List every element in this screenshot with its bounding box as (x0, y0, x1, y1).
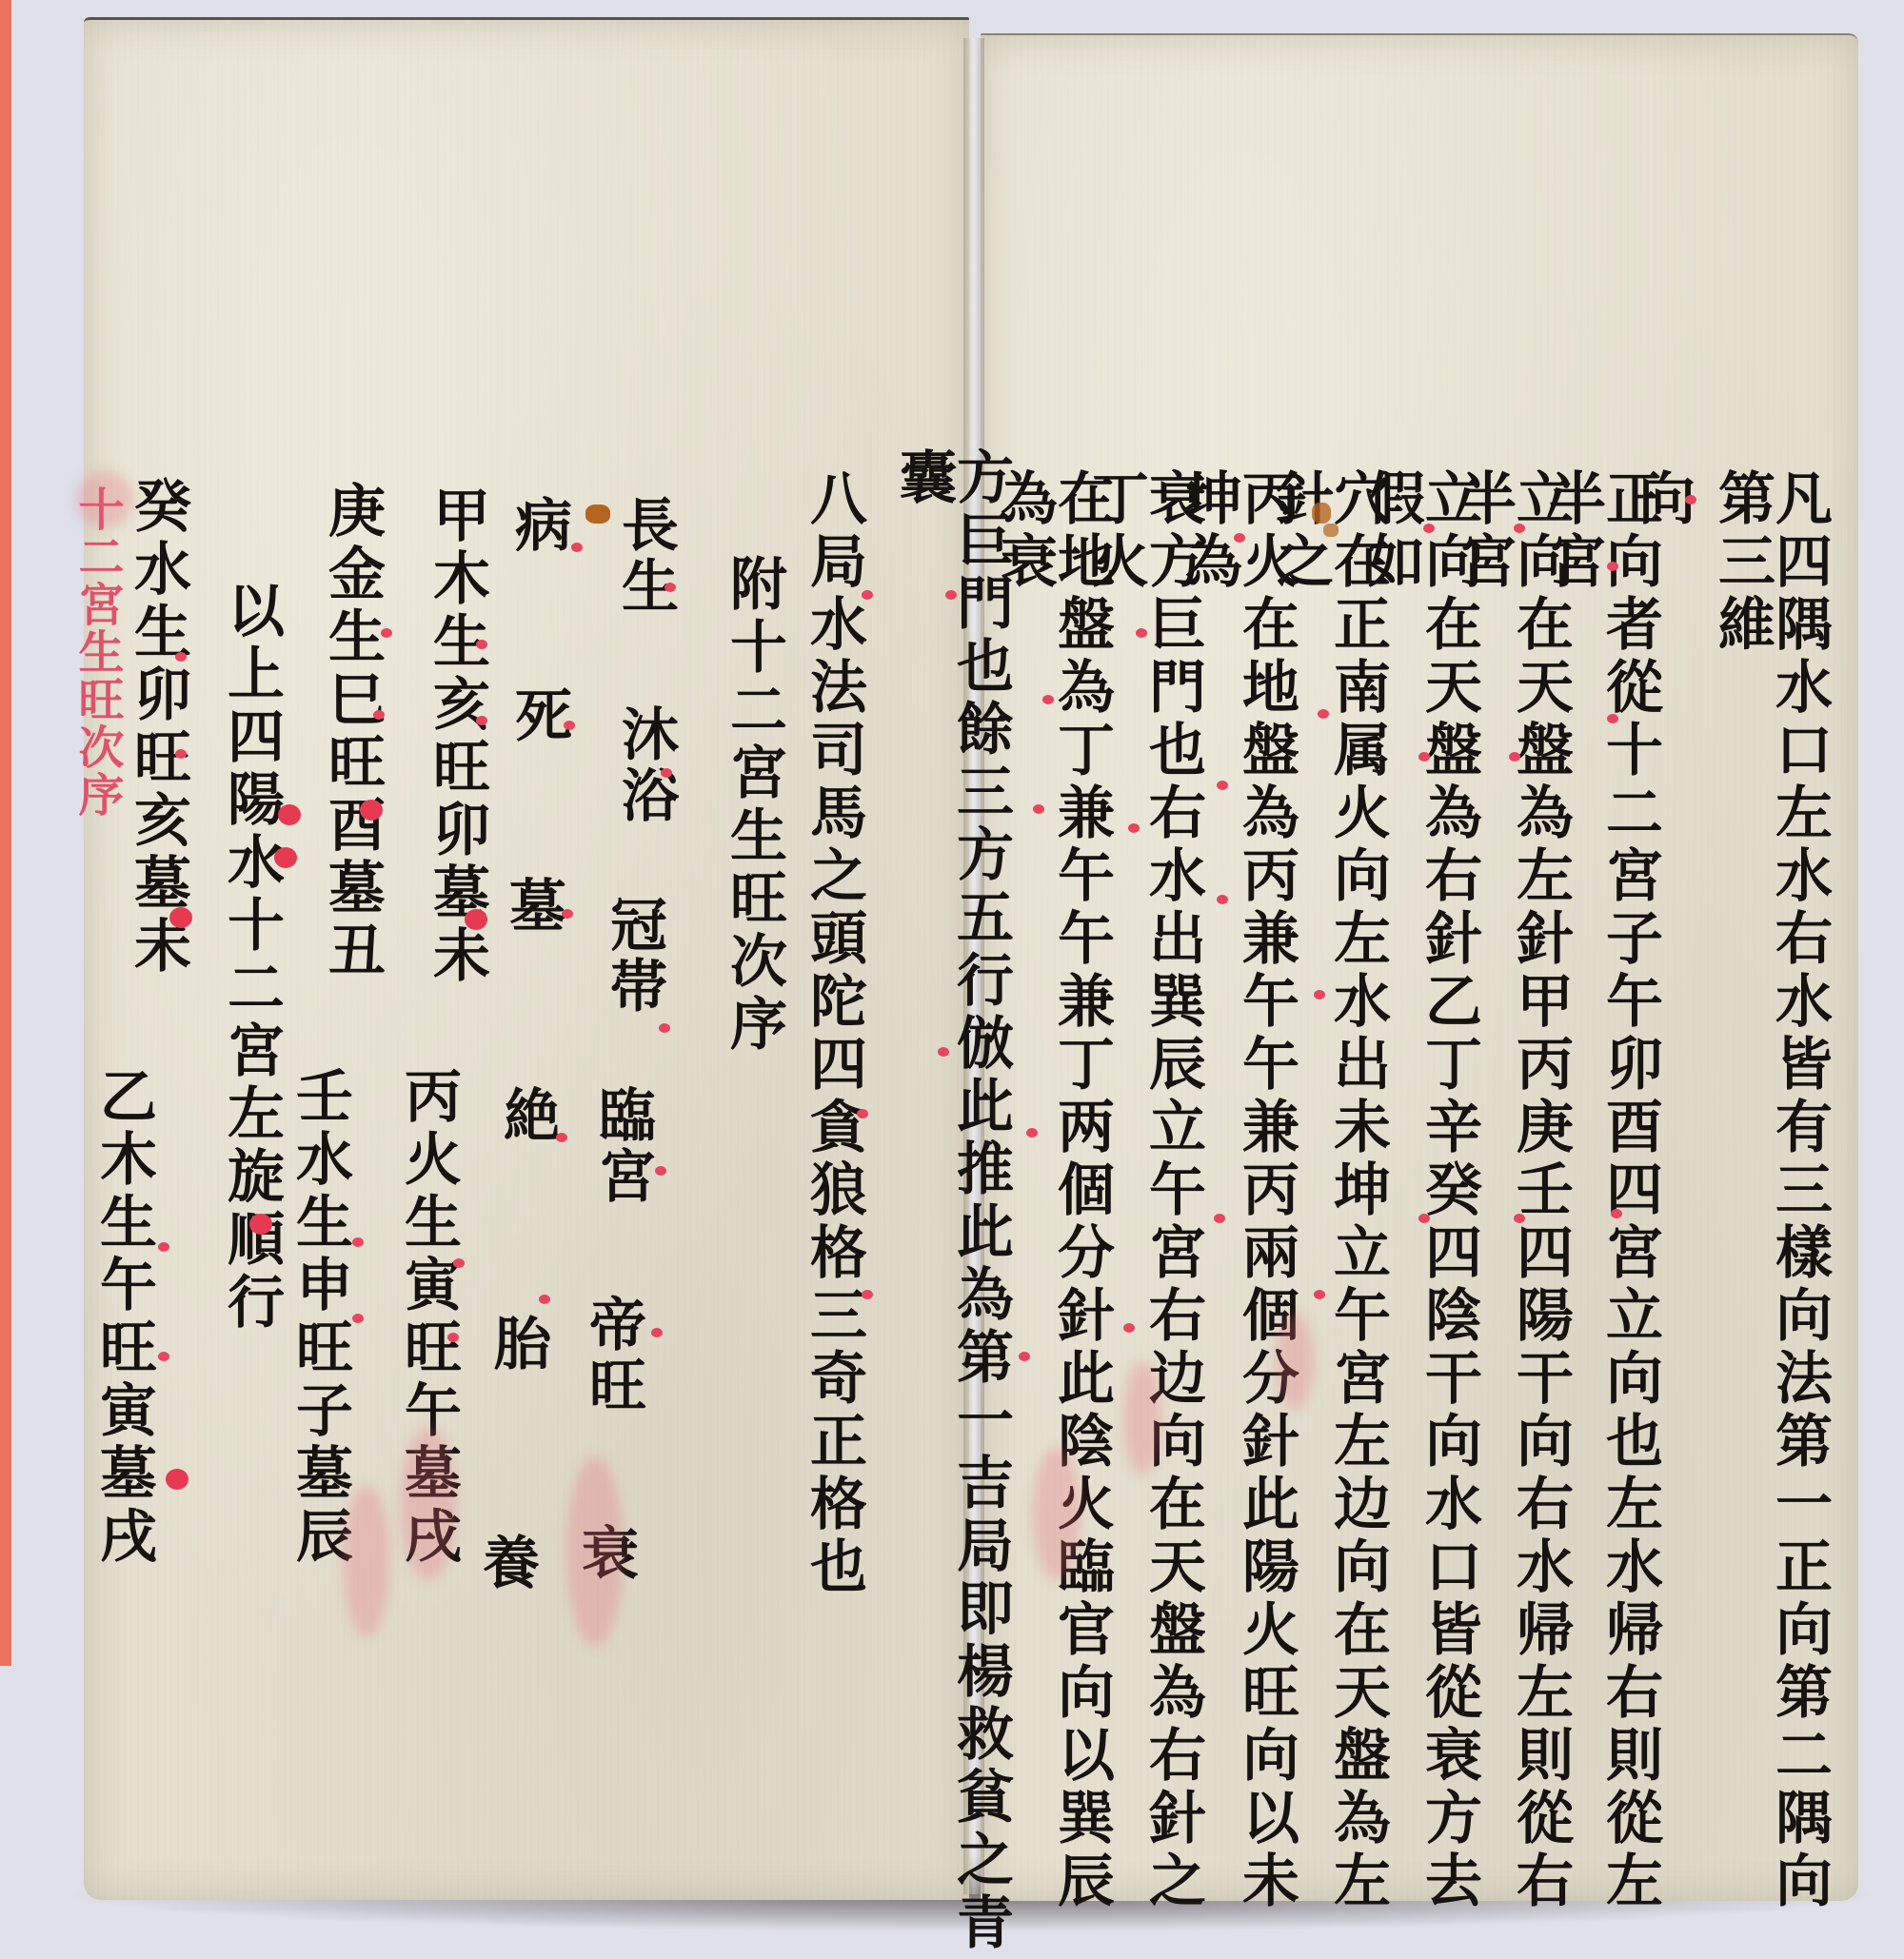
red-punctuation-dot (352, 1314, 364, 1323)
red-punctuation-dot (655, 1166, 666, 1176)
red-punctuation-dot (1042, 695, 1054, 704)
red-punctuation-dot (1611, 1209, 1622, 1218)
red-punctuation-dot (659, 1023, 670, 1033)
paper-stain (585, 505, 610, 524)
red-punctuation-dot (651, 1328, 663, 1337)
red-punctuation-dot (1607, 714, 1618, 723)
yin-line-yi-wood: 乙木生午旺寅墓戌 (95, 1066, 152, 1569)
red-punctuation-dot (1214, 1214, 1225, 1223)
red-punctuation-dot (476, 640, 487, 649)
red-seal-dot (166, 1469, 188, 1490)
ink-blot (1276, 1314, 1314, 1409)
red-seal-dot (360, 800, 383, 821)
ink-blot (1033, 1447, 1081, 1580)
stage-term: 病 (510, 495, 567, 556)
red-punctuation-dot (1136, 628, 1147, 638)
red-punctuation-dot (539, 1295, 550, 1304)
red-punctuation-dot (1514, 524, 1525, 533)
red-punctuation-dot (862, 590, 873, 600)
red-seal-dot (169, 907, 192, 928)
red-punctuation-dot (1128, 823, 1140, 833)
red-seal-dot (274, 847, 297, 868)
red-punctuation-dot (453, 1258, 465, 1268)
red-seal-dot (249, 1214, 272, 1235)
stage-term: 墓 (505, 876, 562, 937)
red-punctuation-dot (447, 1333, 459, 1342)
red-punctuation-dot (1019, 1352, 1030, 1361)
red-punctuation-dot (175, 749, 187, 759)
red-punctuation-dot (1033, 804, 1044, 814)
red-punctuation-dot (1418, 1214, 1430, 1223)
stage-term: 胎 (489, 1314, 546, 1375)
red-punctuation-dot (1217, 895, 1228, 904)
stage-term: 冠帯 (605, 895, 663, 1017)
ink-blot (343, 1485, 390, 1637)
red-punctuation-dot (352, 1237, 364, 1247)
red-punctuation-dot (1514, 1214, 1525, 1223)
red-punctuation-dot (1234, 533, 1245, 543)
text-column-r1: 凡四隅水口左水右水皆有三樣向法第一正向第二隅向第三維 (1714, 468, 1828, 1959)
red-punctuation-dot (664, 583, 676, 592)
text-column-l1: 方巨門也餘三方五行倣此推此為第一吉局即楊救貧之青囊 (895, 447, 1009, 1959)
stage-term: 臨宮 (594, 1085, 651, 1207)
appendix-heading: 附十二宮生旺次序 (725, 554, 783, 1057)
ink-blot (1123, 1361, 1161, 1475)
yang-line-geng-metal: 庚金生巳旺酉墓丑 (324, 481, 381, 983)
stage-term: 長生 (617, 495, 674, 617)
stage-term: 死 (510, 685, 567, 746)
stage-term: 絶 (499, 1085, 556, 1146)
red-punctuation-dot (158, 1352, 169, 1361)
background-edge (0, 0, 11, 1666)
red-punctuation-dot (1026, 1128, 1038, 1138)
red-punctuation-dot (373, 710, 385, 720)
red-punctuation-dot (381, 628, 392, 638)
text-column-l2: 八局水法司馬之頭陀四貪狼格三奇正格也 (805, 468, 863, 1599)
red-punctuation-dot (1685, 495, 1696, 505)
red-punctuation-dot (862, 1290, 873, 1299)
red-margin-note: 十二宮生旺次序 (74, 485, 120, 819)
red-seal-dot (465, 909, 487, 930)
yin-line-gui-water: 癸水生卯旺亥墓未 (129, 476, 187, 979)
red-punctuation-dot (1423, 524, 1435, 533)
red-punctuation-dot (556, 1133, 567, 1142)
stage-term: 沐浴 (617, 704, 674, 826)
red-punctuation-dot (158, 1242, 169, 1252)
yang-line-ren-water: 壬水生申旺子墓辰 (291, 1066, 348, 1569)
paper-stain (1323, 524, 1339, 537)
ink-blot (400, 1428, 457, 1580)
red-punctuation-dot (564, 721, 575, 730)
ink-blot (566, 1456, 624, 1647)
red-punctuation-dot (562, 909, 573, 919)
red-punctuation-dot (1314, 990, 1325, 999)
stage-term: 養 (478, 1533, 535, 1593)
red-punctuation-dot (1509, 752, 1520, 762)
red-punctuation-dot (857, 1109, 868, 1118)
ink-blot (76, 471, 133, 528)
red-seal-dot (278, 804, 301, 825)
red-punctuation-dot (1607, 562, 1618, 571)
red-punctuation-dot (1318, 709, 1329, 719)
red-punctuation-dot (938, 1047, 949, 1057)
red-punctuation-dot (661, 768, 672, 778)
red-punctuation-dot (571, 543, 583, 552)
red-punctuation-dot (1418, 752, 1430, 762)
red-punctuation-dot (1123, 1323, 1135, 1333)
stage-term: 帝旺 (585, 1295, 642, 1416)
red-punctuation-dot (945, 590, 957, 600)
red-punctuation-dot (476, 716, 487, 725)
red-punctuation-dot (175, 652, 187, 662)
red-punctuation-dot (1314, 1290, 1325, 1299)
red-punctuation-dot (1217, 781, 1228, 790)
paper-stain (1312, 503, 1331, 524)
